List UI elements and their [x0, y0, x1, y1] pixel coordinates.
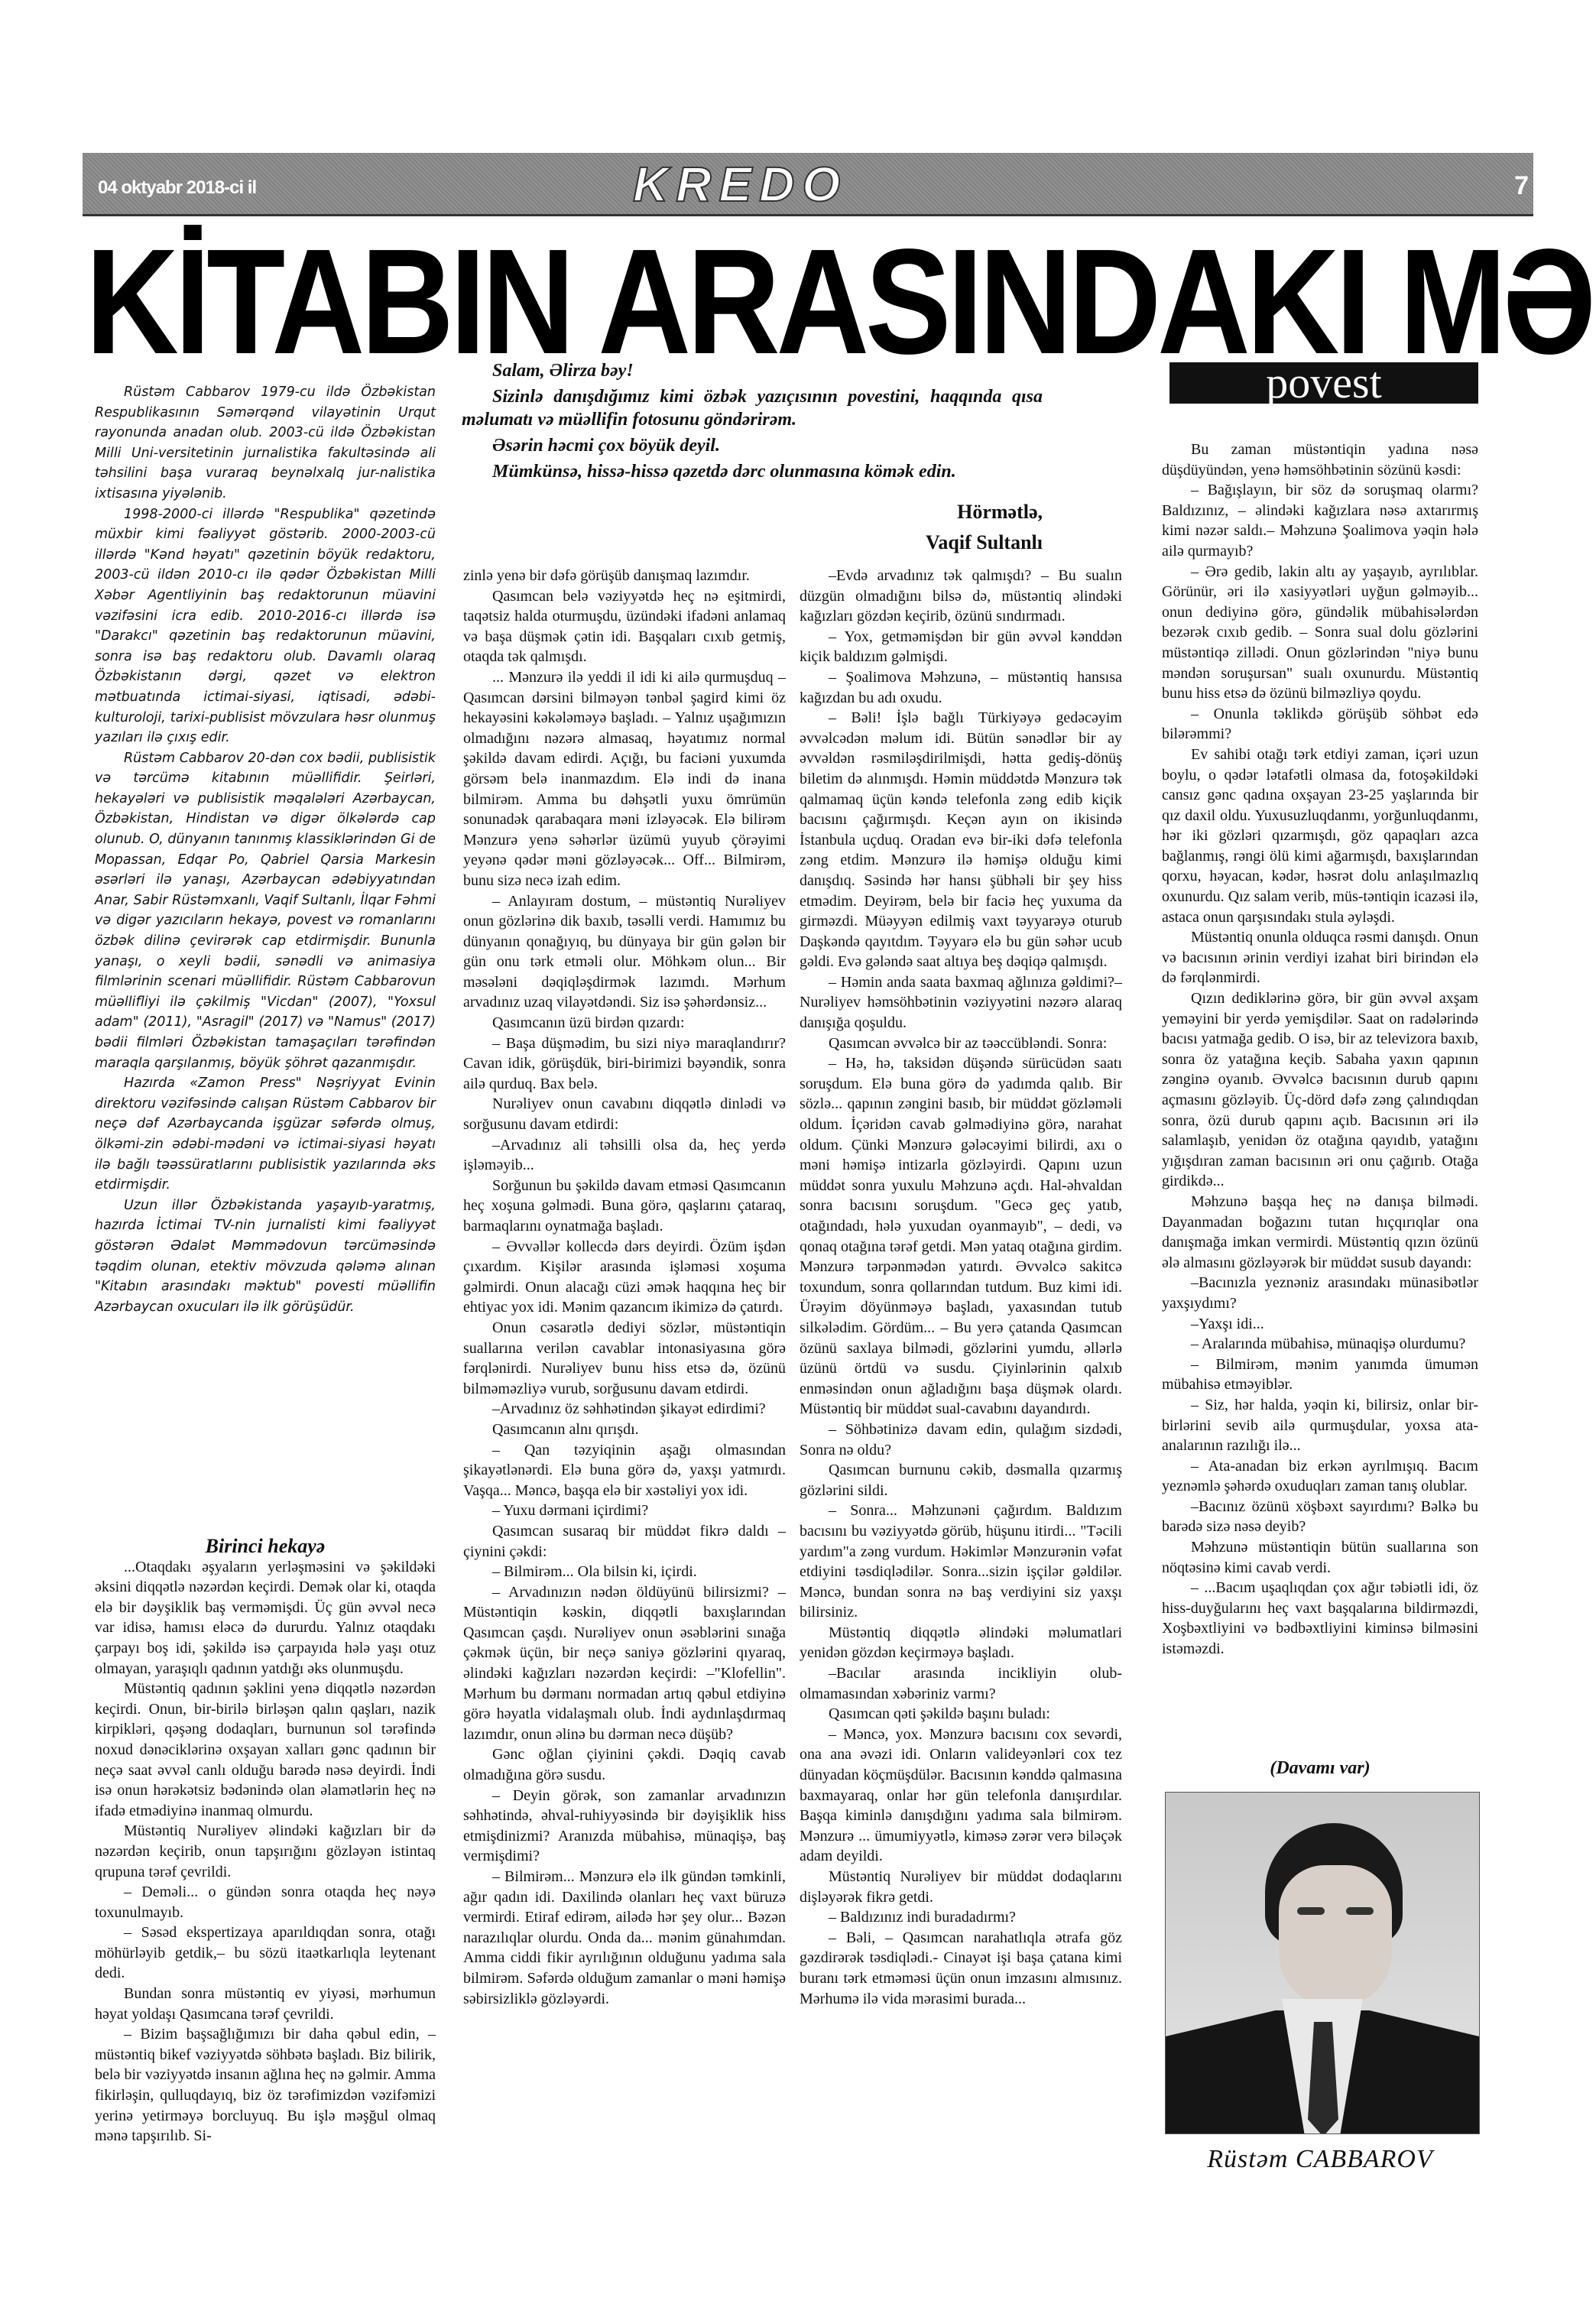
story-paragraph: – Sonra... Məhzunəni çağırdım. Baldızım … [800, 1501, 1122, 1623]
story-paragraph: – Ata-anadan biz erkən ayrılmışıq. Bacım… [1162, 1456, 1478, 1497]
to-be-continued-note: (Davamı var) [1162, 1758, 1478, 1779]
article-headline: KİTABIN ARASINDAKI MƏKTUB [86, 229, 1335, 375]
story-paragraph: Müstəntiq diqqətlə əlindəki məlumatlari … [800, 1623, 1122, 1663]
story-paragraph: –Arvadınız öz səhhətindən şikayət edirdi… [463, 1399, 786, 1420]
story-paragraph: Gənc oğlan çiyinini çəkdi. Dəqiq cavab o… [463, 1744, 786, 1785]
story-paragraph: –Yaxşı idi... [1162, 1314, 1478, 1335]
story-paragraph: – Bilmirəm... Mənzurə elə ilk gündən təm… [463, 1867, 786, 2009]
author-photo [1165, 1792, 1480, 2134]
story-paragraph: – Söhbətinizə davam edin, qulağım sizdəd… [800, 1420, 1122, 1460]
photo-face-shape [1279, 1865, 1392, 2007]
bio-paragraph: 1998-2000-ci illərdə "Respublika" qəzeti… [95, 505, 436, 748]
story-paragraph: – Başa düşmədim, bu sizi niyə maraqlandı… [463, 1033, 786, 1095]
story-paragraph: Sorğunun bu şəkildə davam etməsi Qasımca… [463, 1176, 786, 1237]
story-paragraph: –Arvadınız ali təhsilli olsa da, heç yer… [463, 1135, 786, 1176]
story-paragraph: Məhzunə başqa heç nə danışa bilmədi. Day… [1162, 1192, 1478, 1273]
story-paragraph: – Deyin görək, son zamanlar arvadınızın … [463, 1786, 786, 1867]
masthead-banner: 04 oktyabr 2018-ci il KREDO 7 [83, 153, 1533, 216]
story-paragraph: –Bacınız özünü xöşbəxt sayırdımı? Bəlkə … [1162, 1497, 1478, 1537]
story-paragraph: Ev sahibi otağı tərk etdiyi zaman, içəri… [1162, 745, 1478, 927]
bio-paragraph: Rüstəm Cabbarov 1979-cu ildə Özbəkistan … [95, 382, 436, 505]
photo-eye-shape [1297, 1907, 1325, 1915]
story-paragraph: – Məncə, yox. Mənzurə bacısını cox sevər… [800, 1725, 1122, 1867]
story-paragraph: Müstəntiq Nurəliyev əlindəki kağızları b… [95, 1821, 436, 1882]
story-paragraph: Bundan sonra müstəntiq ev yiyəsi, mərhum… [95, 1984, 436, 2024]
story-paragraph: Qasımcan qəti şəkildə başını buladı: [800, 1704, 1122, 1725]
story-paragraph: ...Otaqdakı əşyaların yerləşməsini və şə… [95, 1557, 436, 1679]
author-bio: Rüstəm Cabbarov 1979-cu ildə Özbəkistan … [95, 382, 436, 1317]
bio-paragraph: Rüstəm Cabbarov 20-dən cox bədii, publis… [95, 748, 436, 1074]
story-paragraph: – Bəli! İşlə bağlı Türkiyəyə gedəcəyim ə… [800, 708, 1122, 972]
letter-signature-block: Hörmətlə, Vaqif Sultanlı [841, 497, 1043, 558]
story-paragraph: – Anlayıram dostum, – müstəntiq Nurəliye… [463, 891, 786, 1014]
story-paragraph: Məhzunə müstəntiqin bütün suallarına son… [1162, 1537, 1478, 1578]
story-paragraph: –Bacınızla yeznəniz arasındakı münasibət… [1162, 1273, 1478, 1313]
story-paragraph: Qasımcan əvvəlcə bir az təəccübləndi. So… [800, 1033, 1122, 1054]
story-column-3: –Evdə arvadınız tək qalmışdı? – Bu sualı… [800, 566, 1122, 2009]
story-paragraph: – Şoalimova Məhzunə, – müstəntiq hansısa… [800, 667, 1122, 708]
issue-date: 04 oktyabr 2018-ci il [98, 177, 256, 199]
story-paragraph: – Əvvəllər kollecdə dərs deyirdi. Özüm i… [463, 1237, 786, 1318]
letter-closing: Hörmətlə, [841, 497, 1043, 527]
story-paragraph: ... Mənzurə ilə yeddi il idi ki ailə qur… [463, 667, 786, 891]
story-paragraph: Onun cəsarətlə dediyi sözlər, müstəntiqi… [463, 1318, 786, 1399]
photo-eye-shape [1346, 1907, 1374, 1915]
story-column-1: Birinci hekayə ...Otaqdakı əşyaların yer… [95, 1536, 436, 2146]
story-paragraph: – Həmin anda saata baxmaq ağlınıza gəldi… [800, 972, 1122, 1033]
story-paragraph: Qasımcanın üzü birdən qızardı: [463, 1013, 786, 1033]
story-paragraph: Qızın dediklərinə görə, bir gün əvvəl ax… [1162, 988, 1478, 1192]
story-paragraph: –Evdə arvadınız tək qalmışdı? – Bu sualı… [800, 566, 1122, 627]
story-paragraph: – Bilmirəm, mənim yanımda ümumən mübahis… [1162, 1355, 1478, 1395]
story-paragraph: Müstəntiq qadının şəklini yenə diqqətlə … [95, 1679, 436, 1821]
story-paragraph: – Bəli, – Qasımcan narahatlıqla ətrafa g… [800, 1928, 1122, 2009]
letter-greeting: Salam, Əlirza bəy! [462, 359, 1043, 382]
story-paragraph: – Ərə gedib, lakin altı ay yaşayıb, ayrı… [1162, 562, 1478, 704]
story-paragraph: – Yuxu dərmani içirdimi? [463, 1501, 786, 1521]
story-paragraph: zinlə yenə bir dəfə görüşüb danışmaq laz… [463, 566, 786, 586]
story-paragraph: – Onunla təklikdə görüşüb söhbət edə bil… [1162, 704, 1478, 745]
story-paragraph: – Aralarında mübahisə, münaqişə olurdumu… [1162, 1334, 1478, 1355]
story-paragraph: Qasımcan susaraq bir müddət fikrə daldı … [463, 1521, 786, 1562]
story-paragraph: – Baldızınız indi buradadırmı? [800, 1907, 1122, 1928]
story-paragraph: – Deməli... o gündən sonra otaqda heç nə… [95, 1882, 436, 1923]
story-paragraph: Qasımcan belə vəziyyətdə heç nə eşitmird… [463, 586, 786, 667]
story-paragraph: – Bağışlayın, bir söz də soruşmaq olarmı… [1162, 480, 1478, 561]
story-paragraph: –Bacılar arasında incikliyin olub-olmama… [800, 1663, 1122, 1704]
genre-label: povest [1169, 362, 1478, 404]
story-paragraph: – Siz, hər halda, yəqin ki, bilirsiz, on… [1162, 1395, 1478, 1456]
letter-line: Əsərin həcmi çox böyük deyil. [462, 434, 1043, 457]
bio-paragraph: Hazırda «Zamon Press" Nəşriyyat Evinin d… [95, 1073, 436, 1196]
story-paragraph: – Qan təzyiqinin aşağı olmasından şikayə… [463, 1440, 786, 1501]
story-column-2: zinlə yenə bir dəfə görüşüb danışmaq laz… [463, 566, 786, 2009]
story-paragraph: Qasımcan burnunu cəkib, dəsmalla qızarmı… [800, 1460, 1122, 1501]
story-paragraph: Bu zaman müstəntiqin yadına nəsə düşdüyü… [1162, 440, 1478, 480]
page-number: 7 [1514, 171, 1529, 201]
story-paragraph: – Səsəd ekspertizaya aparıldıqdan sonra,… [95, 1923, 436, 1984]
bio-paragraph: Uzun illər Özbəkistanda yaşayıb-yaratmış… [95, 1196, 436, 1318]
story-subheading: Birinci hekayə [95, 1536, 436, 1557]
story-paragraph: – Arvadınızın nədən öldüyünü bilirsizmi?… [463, 1582, 786, 1745]
story-paragraph: – Bizim başsağlığımızı bir daha qəbul ed… [95, 2024, 436, 2146]
story-paragraph: – Yox, getməmişdən bir gün əvvəl kənddən… [800, 627, 1122, 667]
story-column-4: Bu zaman müstəntiqin yadına nəsə düşdüyü… [1162, 440, 1478, 1660]
photo-caption: Rüstəm CABBAROV [1162, 2145, 1478, 2174]
story-paragraph: Müstəntiq Nurəliyev bir müddət dodaqları… [800, 1867, 1122, 1907]
story-paragraph: – Hə, hə, taksidən düşəndə sürücüdən saa… [800, 1053, 1122, 1420]
letter-signature: Vaqif Sultanlı [841, 527, 1043, 558]
section-brand: KREDO [633, 156, 848, 213]
letter-line: Sizinlə danışdığımız kimi özbək yazıçısı… [462, 385, 1043, 431]
story-paragraph: Nurəliyev onun cavabını diqqətlə dinlədi… [463, 1094, 786, 1134]
letter-line: Mümkünsə, hissə-hissə qəzetdə dərc olunm… [462, 460, 1043, 483]
story-paragraph: – ...Bacım uşaqlıqdan çox ağır təbiətli … [1162, 1578, 1478, 1659]
story-paragraph: Müstəntiq onunla olduqca rəsmi danışdı. … [1162, 927, 1478, 988]
story-paragraph: – Bilmirəm... Ola bilsin ki, içirdi. [463, 1562, 786, 1582]
editor-letter: Salam, Əlirza bəy! Sizinlə danışdığımız … [462, 359, 1043, 486]
story-paragraph: Qasımcanın alnı qırışdı. [463, 1420, 786, 1440]
